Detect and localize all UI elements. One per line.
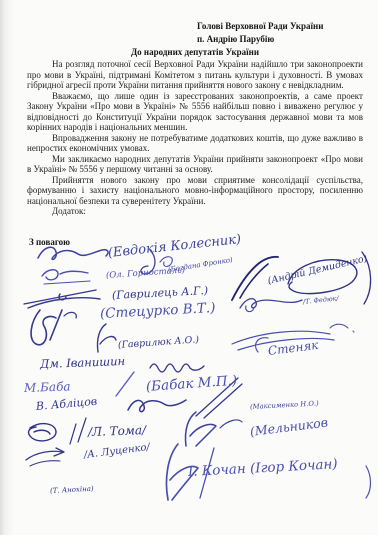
signature-stroke — [116, 372, 134, 396]
signature-stroke — [256, 338, 268, 352]
signature-label: (Ол. Горносталь) — [106, 265, 186, 281]
signature-label: /А. Луценко/ — [83, 442, 150, 461]
signature-stroke — [26, 448, 64, 460]
signature-label: /Т. Федюк/ — [303, 294, 339, 306]
signature-stroke — [31, 310, 62, 345]
signature-label: В. Абліцов — [35, 395, 97, 413]
signature-stroke — [128, 400, 186, 412]
signature-stroke — [240, 299, 302, 308]
signature-stroke — [150, 364, 204, 372]
signature-label: (Андрій Демиденко) — [267, 253, 369, 287]
signature-stroke — [240, 264, 268, 298]
signature-stroke — [366, 466, 371, 498]
signature-stroke — [30, 461, 60, 466]
signature-stroke — [38, 247, 108, 259]
signature-stroke — [64, 312, 76, 318]
signature-label: І. Кочан (Ігор Кочан) — [188, 456, 338, 480]
signature-label: (Гаврилюк А.О.) — [118, 334, 200, 351]
signature-stroke — [185, 412, 216, 446]
scanned-letter-page: Голові Верховної Ради України п. Андрію … — [0, 0, 378, 535]
signature-block: (Евдокія Колесник) (Богдана Фронко) (Ол.… — [0, 0, 378, 535]
signature-label: Дм. Іванишин — [40, 354, 126, 371]
signature-stroke — [44, 281, 90, 284]
signature-stroke — [70, 418, 86, 444]
signature-label: (Т. Анохіна) — [50, 485, 94, 495]
signature-label: (Бабак М.П.) — [145, 373, 237, 395]
signature-stroke — [330, 324, 354, 332]
signature-label: (Максименко Н.О.) — [250, 399, 319, 411]
signature-label: М.Баба — [24, 379, 71, 395]
signature-label: (Мельников — [249, 415, 329, 439]
signature-stroke — [220, 420, 242, 428]
signature-label: (Стецурко В.Т.) — [100, 300, 216, 322]
signature-stroke — [246, 306, 254, 312]
signature-label: Стеняк — [267, 338, 319, 358]
signature-stroke — [29, 424, 56, 441]
signature-label: /Л. Тома/ — [88, 423, 147, 439]
signature-label: (Гаврилець А.Г.) — [112, 284, 209, 302]
signature-stroke — [97, 324, 116, 352]
signature-stroke — [24, 290, 100, 308]
signature-stroke — [42, 270, 88, 280]
